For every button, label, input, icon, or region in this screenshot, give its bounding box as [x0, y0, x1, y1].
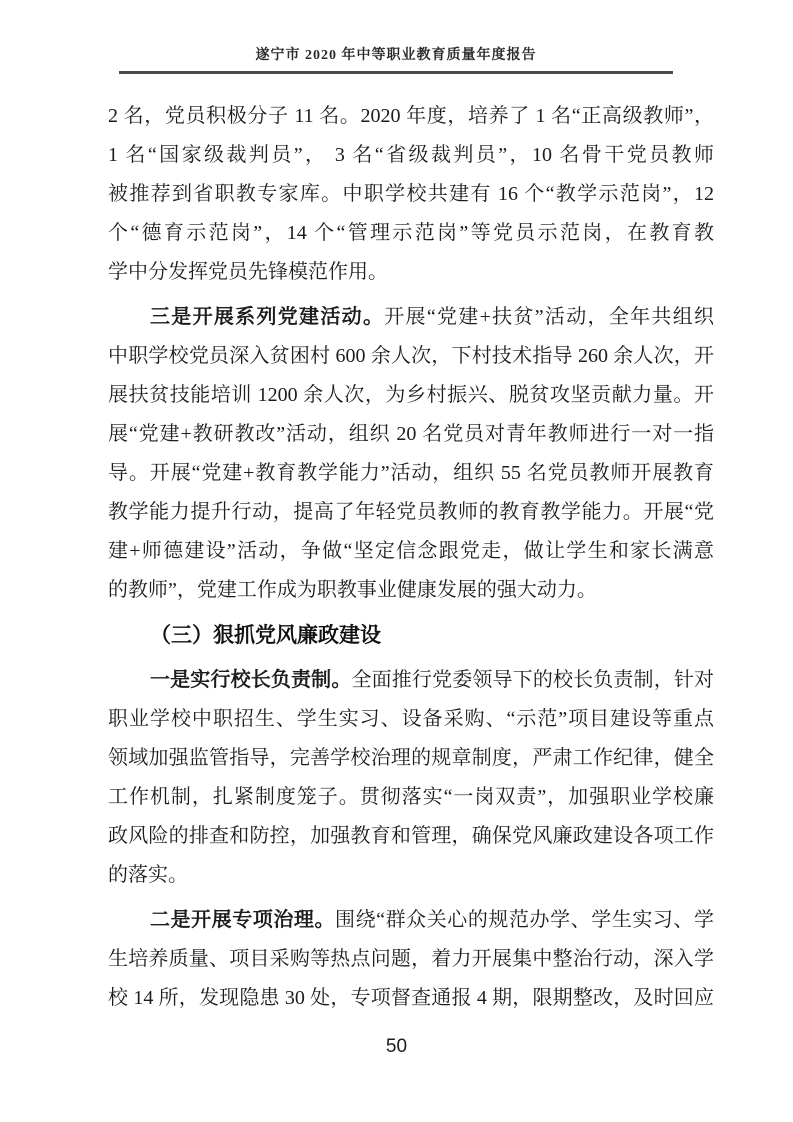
text-line: 政风险的排查和防控，加强教育和管理，确保党风廉政建设各项工作	[108, 817, 714, 856]
text-line: 校 14 所，发现隐患 30 处，专项督查通报 4 期，限期整改，及时回应	[108, 979, 714, 1018]
text-line: 教学能力提升行动，提高了年轻党员教师的教育教学能力。开展“党	[108, 493, 714, 532]
text-line: 二是开展专项治理。围绕“群众关心的规范办学、学生实习、学	[108, 901, 714, 940]
paragraph-lead: 一是实行校长负责制。	[150, 669, 351, 691]
text-line: 导。开展“党建+教育教学能力”活动，组织 55 名党员教师开展教育	[108, 454, 714, 493]
text-line: 1 名“国家级裁判员”， 3 名“省级裁判员”，10 名骨干党员教师	[108, 136, 714, 175]
text-line: 的落实。	[108, 856, 714, 895]
paragraph-continuation: 2 名，党员积极分子 11 名。2020 年度，培养了 1 名“正高级教师”， …	[108, 97, 714, 292]
text-line: 一是实行校长负责制。全面推行党委领导下的校长负责制，针对	[108, 661, 714, 700]
text-line: 被推荐到省职教专家库。中职学校共建有 16 个“教学示范岗”，12	[108, 175, 714, 214]
text-line: 展“党建+教研教改”活动，组织 20 名党员对青年教师进行一对一指	[108, 415, 714, 454]
page-footer: 50	[0, 1036, 793, 1058]
paragraph-lead-rest: 全面推行党委领导下的校长负责制，针对	[351, 669, 714, 691]
page-number: 50	[386, 1036, 407, 1057]
document-body: 2 名，党员积极分子 11 名。2020 年度，培养了 1 名“正高级教师”， …	[108, 97, 714, 1024]
paragraph-party-activities: 三是开展系列党建活动。开展“党建+扶贫”活动，全年共组织 中职学校党员深入贫困村…	[108, 298, 714, 610]
text-line: 生培养质量、项目采购等热点问题，着力开展集中整治行动，深入学	[108, 940, 714, 979]
text-line: 工作机制，扎紧制度笼子。贯彻落实“一岗双责”，加强职业学校廉	[108, 778, 714, 817]
paragraph-lead-rest: 开展“党建+扶贫”活动，全年共组织	[384, 306, 714, 328]
page-header: 遂宁市 2020 年中等职业教育质量年度报告	[119, 46, 673, 74]
text-line: 职业学校中职招生、学生实习、设备采购、“示范”项目建设等重点	[108, 700, 714, 739]
paragraph-special-governance: 二是开展专项治理。围绕“群众关心的规范办学、学生实习、学 生培养质量、项目采购等…	[108, 901, 714, 1018]
paragraph-lead: 三是开展系列党建活动。	[150, 306, 384, 328]
text-line: 学中分发挥党员先锋模范作用。	[108, 253, 714, 292]
text-line: 三是开展系列党建活动。开展“党建+扶贫”活动，全年共组织	[108, 298, 714, 337]
header-title: 遂宁市 2020 年中等职业教育质量年度报告	[119, 46, 673, 66]
paragraph-lead-rest: 围绕“群众关心的规范办学、学生实习、学	[335, 909, 714, 931]
text-line: 中职学校党员深入贫困村 600 余人次，下村技术指导 260 余人次，开	[108, 337, 714, 376]
text-line: 领域加强监管指导，完善学校治理的规章制度，严肃工作纪律，健全	[108, 739, 714, 778]
text-line: 展扶贫技能培训 1200 余人次，为乡村振兴、脱贫攻坚贡献力量。开	[108, 376, 714, 415]
text-line: 建+师德建设”活动，争做“坚定信念跟党走，做让学生和家长满意	[108, 532, 714, 571]
paragraph-lead: 二是开展专项治理。	[150, 909, 335, 931]
section-heading: （三）狠抓党风廉政建设	[108, 616, 714, 655]
paragraph-principal-responsibility: 一是实行校长负责制。全面推行党委领导下的校长负责制，针对 职业学校中职招生、学生…	[108, 661, 714, 895]
text-line: 个“德育示范岗”，14 个“管理示范岗”等党员示范岗，在教育教	[108, 214, 714, 253]
text-line: 的教师”，党建工作成为职教事业健康发展的强大动力。	[108, 571, 714, 610]
document-page: 遂宁市 2020 年中等职业教育质量年度报告 2 名，党员积极分子 11 名。2…	[0, 0, 793, 1122]
text-line: 2 名，党员积极分子 11 名。2020 年度，培养了 1 名“正高级教师”，	[108, 97, 714, 136]
